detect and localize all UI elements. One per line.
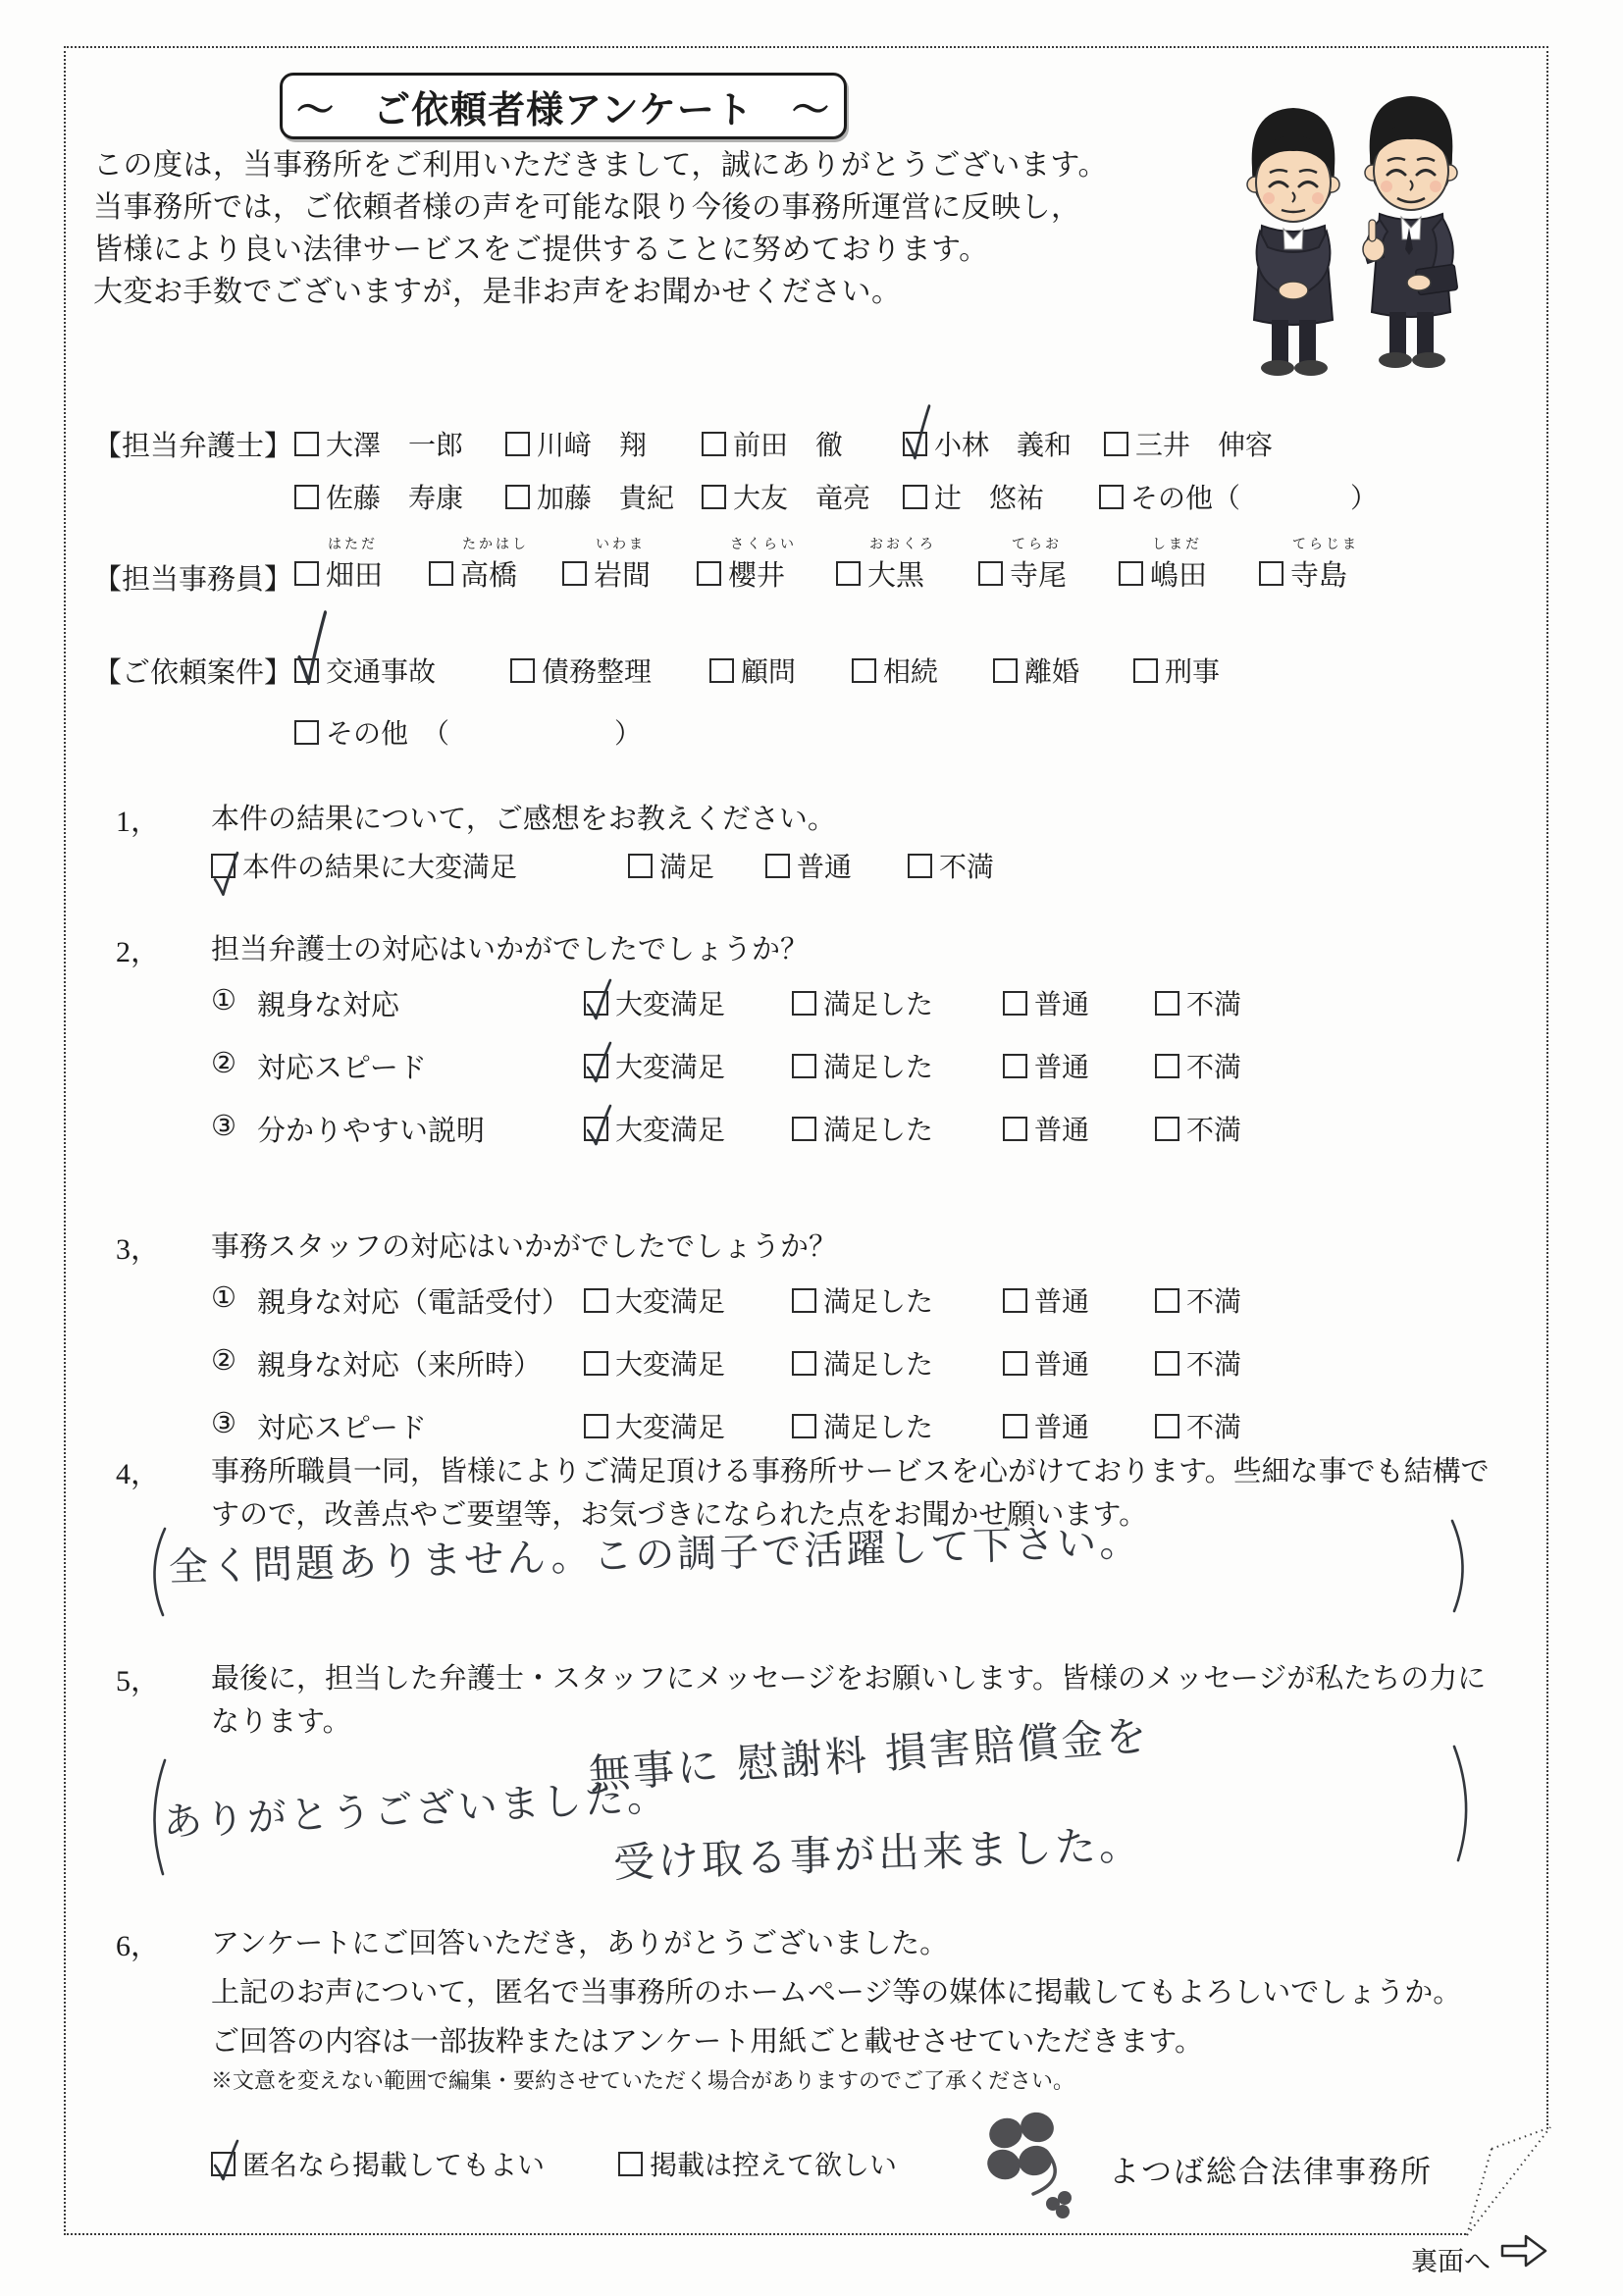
furigana: おおくろ — [869, 538, 936, 553]
option-label: 不満 — [1186, 983, 1241, 1022]
option-label: 川﨑 翔 — [537, 424, 647, 463]
option-q2[interactable]: 不満 — [1155, 983, 1241, 1022]
option-label: 離婚 — [1024, 651, 1079, 690]
option-label: 辻 悠祐 — [934, 477, 1044, 516]
option-staff[interactable]: てらお 寺尾 — [978, 538, 1067, 594]
option-q2[interactable]: 大変満足 — [584, 1109, 725, 1148]
checkbox — [294, 658, 319, 683]
furigana: たかはし — [462, 538, 529, 553]
furigana: はただ — [328, 538, 383, 553]
option-staff[interactable]: いわま 岩間 — [562, 538, 651, 594]
option-lawyer[interactable]: 小林 義和 — [903, 424, 1072, 463]
back-page-arrow-icon[interactable] — [1499, 2233, 1548, 2269]
checkbox — [702, 432, 726, 456]
option-label: 不満 — [1186, 1109, 1241, 1148]
option-q3[interactable]: 不満 — [1155, 1406, 1241, 1445]
option-staff[interactable]: しまだ 嶋田 — [1119, 538, 1207, 594]
option-label: 満足した — [823, 1406, 933, 1445]
checkbox — [294, 432, 319, 456]
option-label: 大変満足 — [615, 983, 725, 1022]
checkbox — [1003, 991, 1027, 1016]
checkbox — [429, 561, 453, 586]
checkbox — [1003, 1054, 1027, 1078]
checkbox — [836, 561, 861, 586]
answer-bracket-close — [1450, 1745, 1478, 1862]
option-q1[interactable]: 不満 — [908, 846, 994, 885]
option-q3[interactable]: 満足した — [792, 1406, 933, 1445]
option-lawyer[interactable]: 辻 悠祐 — [903, 477, 1044, 516]
checkbox — [1003, 1288, 1027, 1313]
checkbox — [294, 485, 319, 509]
option-label: 大友 竜亮 — [733, 477, 870, 516]
option-label: 不満 — [1186, 1406, 1241, 1445]
option-label: 満足した — [823, 1280, 933, 1320]
furigana: てらじま — [1292, 538, 1359, 553]
option-label: 佐藤 寿康 — [326, 477, 463, 516]
checkbox — [618, 2152, 643, 2176]
option-q3[interactable]: 不満 — [1155, 1343, 1241, 1383]
checkbox — [584, 1414, 608, 1438]
checkbox — [294, 561, 319, 586]
option-lawyer[interactable]: 加藤 貴紀 — [505, 477, 674, 516]
checkbox — [908, 854, 932, 878]
checkbox — [709, 658, 734, 683]
checkbox — [510, 658, 535, 683]
option-q1[interactable]: 普通 — [765, 846, 852, 885]
option-q2[interactable]: 満足した — [792, 1109, 933, 1148]
furigana: いわま — [596, 538, 651, 553]
checkbox — [1003, 1414, 1027, 1438]
option-label: 小林 義和 — [934, 424, 1072, 463]
option-label: 債務整理 — [542, 651, 652, 690]
checkbox — [1104, 432, 1128, 456]
checkbox — [792, 1414, 816, 1438]
option-label: 満足 — [659, 846, 714, 885]
checkbox — [792, 1351, 816, 1376]
option-publish-decline[interactable]: 掲載は控えて欲しい — [618, 2144, 897, 2183]
option-label: 大変満足 — [615, 1406, 725, 1445]
option-label: 大澤 一郎 — [326, 424, 463, 463]
option-label: 寺島 — [1290, 553, 1347, 594]
option-lawyer-other[interactable]: その他（ ） — [1099, 477, 1378, 516]
option-case[interactable]: 離婚 — [993, 651, 1079, 690]
option-staff[interactable]: てらじま 寺島 — [1259, 538, 1359, 594]
answer-bracket-close — [1448, 1519, 1474, 1613]
option-label: 不満 — [1186, 1046, 1241, 1085]
option-q3[interactable]: 普通 — [1003, 1406, 1089, 1445]
option-q3[interactable]: 満足した — [792, 1280, 933, 1320]
checkbox — [584, 1117, 608, 1141]
option-label: 普通 — [1034, 1046, 1089, 1085]
option-label: 大変満足 — [615, 1280, 725, 1320]
option-case-other[interactable]: その他 （ ） — [294, 712, 642, 752]
option-label: 刑事 — [1165, 651, 1220, 690]
checkbox — [1155, 1351, 1179, 1376]
option-label: 普通 — [1034, 1406, 1089, 1445]
checkbox — [765, 854, 790, 878]
option-lawyer[interactable]: 佐藤 寿康 — [294, 477, 463, 516]
option-label: 岩間 — [594, 553, 651, 594]
option-lawyer[interactable]: 三井 伸容 — [1104, 424, 1273, 463]
option-case[interactable]: 顧問 — [709, 651, 796, 690]
option-label: 大変満足 — [615, 1343, 725, 1383]
option-label: その他（ ） — [1130, 477, 1378, 516]
checkbox — [792, 1288, 816, 1313]
checkbox — [562, 561, 587, 586]
option-lawyer[interactable]: 大友 竜亮 — [702, 477, 870, 516]
checkbox — [1259, 561, 1283, 586]
checkbox — [584, 991, 608, 1016]
checkbox — [1133, 658, 1158, 683]
checkbox — [792, 991, 816, 1016]
option-q2[interactable]: 不満 — [1155, 1109, 1241, 1148]
checkbox — [1003, 1351, 1027, 1376]
survey-sheet: ～ ご依頼者様アンケート ～ この度は，当事務所をご利用いただきまして，誠にあり… — [0, 0, 1623, 2296]
option-case[interactable]: 相続 — [852, 651, 938, 690]
checkbox — [978, 561, 1003, 586]
option-q3[interactable]: 大変満足 — [584, 1280, 725, 1320]
option-label: 普通 — [1034, 1109, 1089, 1148]
option-q2[interactable]: 普通 — [1003, 983, 1089, 1022]
checkbox — [584, 1351, 608, 1376]
checkbox — [294, 720, 319, 745]
option-q2[interactable]: 不満 — [1155, 1046, 1241, 1085]
furigana: さくらい — [730, 538, 797, 553]
option-label: 相続 — [883, 651, 938, 690]
option-label: 満足した — [823, 1343, 933, 1383]
checkbox — [852, 658, 876, 683]
option-label: 満足した — [823, 983, 933, 1022]
option-label: 不満 — [1186, 1343, 1241, 1383]
option-label: その他 （ ） — [326, 712, 642, 752]
checkbox — [505, 485, 530, 509]
furigana: しまだ — [1152, 538, 1207, 553]
option-label: 普通 — [1034, 1280, 1089, 1320]
option-case[interactable]: 交通事故 — [294, 651, 436, 690]
option-lawyer[interactable]: 川﨑 翔 — [505, 424, 647, 463]
checkbox — [1155, 1414, 1179, 1438]
page-title: ～ ご依頼者様アンケート ～ — [296, 79, 830, 133]
option-q3[interactable]: 普通 — [1003, 1280, 1089, 1320]
checkbox — [993, 658, 1018, 683]
option-label: 高橋 — [460, 553, 517, 594]
option-label: 普通 — [1034, 1343, 1089, 1383]
option-label: 普通 — [1034, 983, 1089, 1022]
option-q3[interactable]: 大変満足 — [584, 1406, 725, 1445]
checkbox — [584, 1288, 608, 1313]
option-label: 加藤 貴紀 — [537, 477, 674, 516]
checkbox — [584, 1054, 608, 1078]
option-label: 畑田 — [326, 553, 383, 594]
option-q2[interactable]: 普通 — [1003, 1046, 1089, 1085]
option-q2[interactable]: 普通 — [1003, 1109, 1089, 1148]
checkbox — [1155, 1117, 1179, 1141]
option-q3[interactable]: 不満 — [1155, 1280, 1241, 1320]
option-lawyer[interactable]: 大澤 一郎 — [294, 424, 463, 463]
option-case[interactable]: 債務整理 — [510, 651, 652, 690]
checkbox — [697, 561, 721, 586]
option-label: 大変満足 — [615, 1109, 725, 1148]
furigana: てらお — [1012, 538, 1067, 553]
checkbox — [1003, 1117, 1027, 1141]
checkbox — [1099, 485, 1124, 509]
option-q1[interactable]: 本件の結果に大変満足 — [211, 846, 517, 885]
option-q2[interactable]: 満足した — [792, 983, 933, 1022]
checkbox — [505, 432, 530, 456]
option-label: 交通事故 — [326, 651, 436, 690]
checkbox — [211, 854, 236, 878]
checkbox — [211, 2152, 236, 2176]
option-label: 三井 伸容 — [1135, 424, 1273, 463]
checkbox — [1119, 561, 1143, 586]
option-label: 普通 — [797, 846, 852, 885]
option-label: 満足した — [823, 1109, 933, 1148]
back-page-label[interactable]: 裏面へ — [1411, 2240, 1491, 2278]
option-q3[interactable]: 普通 — [1003, 1343, 1089, 1383]
option-publish-anonymous[interactable]: 匿名なら掲載してもよい — [211, 2144, 545, 2183]
option-label: 大変満足 — [615, 1046, 725, 1085]
checkbox — [702, 485, 726, 509]
option-q3[interactable]: 大変満足 — [584, 1343, 725, 1383]
checkbox — [1155, 1054, 1179, 1078]
option-staff[interactable]: おおくろ 大黒 — [836, 538, 936, 594]
option-label: 大黒 — [867, 553, 924, 594]
checkbox — [903, 432, 927, 456]
option-q2[interactable]: 大変満足 — [584, 983, 725, 1022]
option-case[interactable]: 刑事 — [1133, 651, 1220, 690]
option-q3[interactable]: 満足した — [792, 1343, 933, 1383]
option-label: 櫻井 — [728, 553, 785, 594]
option-staff[interactable]: はただ 畑田 — [294, 538, 383, 594]
option-label: 匿名なら掲載してもよい — [242, 2144, 545, 2183]
checkbox — [903, 485, 927, 509]
option-label: 嶋田 — [1150, 553, 1207, 594]
option-label: 前田 徹 — [733, 424, 843, 463]
answer-bracket-open — [143, 1527, 169, 1617]
option-q1[interactable]: 満足 — [628, 846, 714, 885]
option-label: 本件の結果に大変満足 — [242, 846, 517, 885]
checkbox — [792, 1117, 816, 1141]
checkbox — [1155, 1288, 1179, 1313]
checkbox — [792, 1054, 816, 1078]
title-box: ～ ご依頼者様アンケート ～ — [280, 73, 847, 139]
option-label: 不満 — [939, 846, 994, 885]
option-label: 寺尾 — [1010, 553, 1067, 594]
option-label: 満足した — [823, 1046, 933, 1085]
option-q2[interactable]: 満足した — [792, 1046, 933, 1085]
option-q2[interactable]: 大変満足 — [584, 1046, 725, 1085]
option-staff[interactable]: さくらい 櫻井 — [697, 538, 797, 594]
checkbox — [1155, 991, 1179, 1016]
option-label: 顧問 — [741, 651, 796, 690]
option-label: 掲載は控えて欲しい — [650, 2144, 897, 2183]
option-label: 不満 — [1186, 1280, 1241, 1320]
option-lawyer[interactable]: 前田 徹 — [702, 424, 843, 463]
checkbox — [628, 854, 653, 878]
option-staff[interactable]: たかはし 高橋 — [429, 538, 529, 594]
